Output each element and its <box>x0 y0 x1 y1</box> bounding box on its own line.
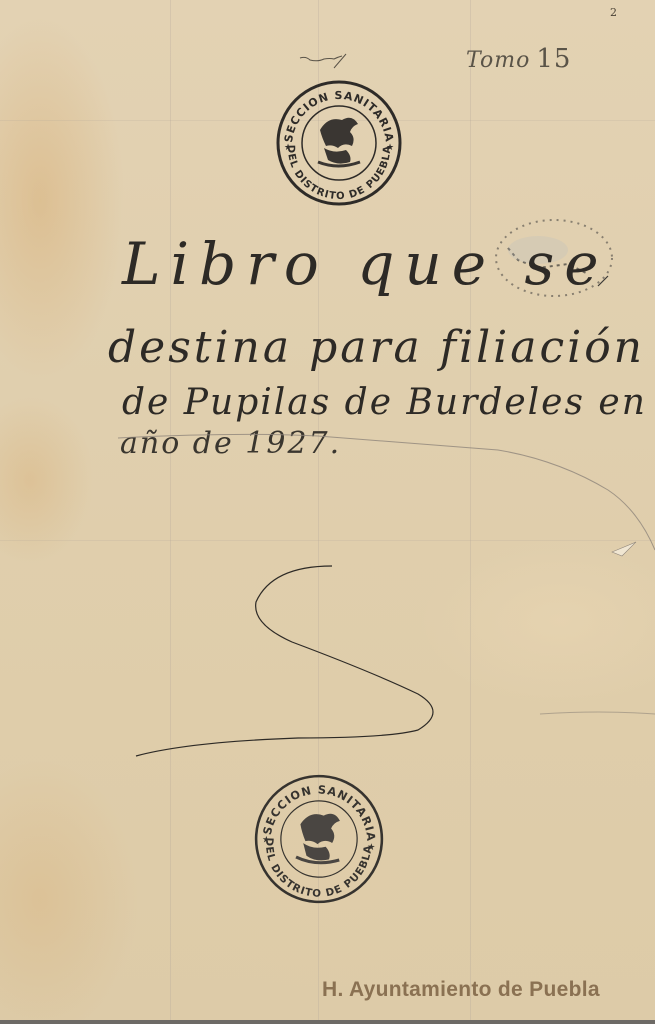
scan-edge <box>0 1020 655 1024</box>
eagle-coat-of-arms-icon: SECCION SANITARIA DEL DISTRITO DE PUEBLA… <box>247 767 390 910</box>
watermark: H. Ayuntamiento de Puebla <box>322 978 600 1002</box>
svg-text:★: ★ <box>262 835 271 846</box>
svg-text:★: ★ <box>367 843 376 854</box>
title-line-4: año de 1927. <box>120 426 341 461</box>
seal-bottom: SECCION SANITARIA DEL DISTRITO DE PUEBLA… <box>247 767 390 910</box>
svg-text:★: ★ <box>284 142 292 152</box>
seal-top: SECCION SANITARIA DEL DISTRITO DE PUEBLA… <box>274 78 404 208</box>
ruling-line <box>170 0 171 1020</box>
svg-text:DEL DISTRITO DE PUEBLA: DEL DISTRITO DE PUEBLA <box>259 837 374 904</box>
pencil-mark <box>296 50 366 70</box>
page-number: 2 <box>610 6 617 19</box>
volume-label: Tomo15 <box>466 44 571 74</box>
svg-text:★: ★ <box>386 142 394 152</box>
ruling-line <box>470 0 471 1020</box>
eagle-coat-of-arms-icon: SECCION SANITARIA DEL DISTRITO DE PUEBLA… <box>274 78 404 208</box>
seal-lower-text: DEL DISTRITO DE PUEBLA <box>259 837 374 904</box>
title-line-2: destina para filiación <box>108 322 645 373</box>
document-page: 2 Tomo15 SECCION SANITARIA DEL DISTRITO … <box>0 0 655 1020</box>
volume-label-text: Tomo <box>466 48 530 73</box>
volume-number: 15 <box>536 44 571 74</box>
ruling-line <box>0 540 655 541</box>
title-line-1: Libro que se <box>122 230 609 298</box>
title-line-3: de Pupilas de Burdeles en el <box>122 382 655 423</box>
